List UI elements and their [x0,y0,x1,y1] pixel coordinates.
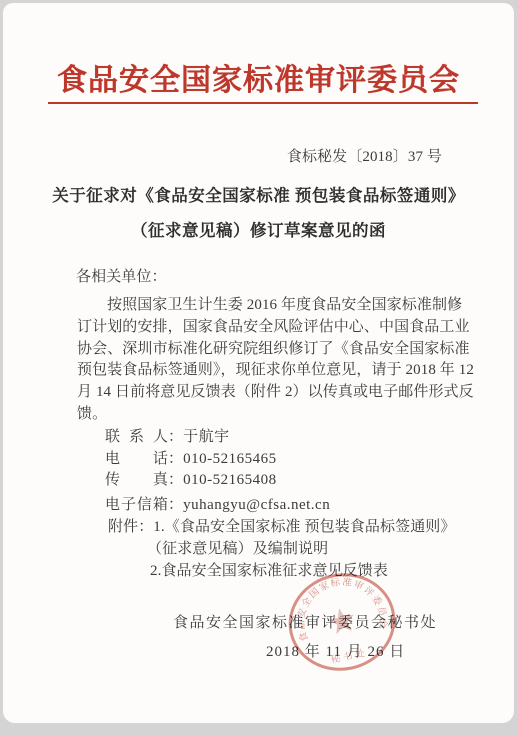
letterhead-rule [48,102,478,104]
scanned-letter-image: { "doc": { "letterhead": { "title": "食品安… [0,0,517,736]
subject-line-1: 关于征求对《食品安全国家标准 预包装食品标签通则》 [3,182,514,206]
contact-value: 010-52165408 [183,472,277,488]
body-line: 按照国家卫生计生委 2016 年度食品安全国家标准制修 [107,293,462,314]
contact-row-phone: 电话：010-52165465 [105,447,277,468]
contact-label: 传真 [105,468,168,489]
attachment-line-2: （征求意见稿）及编制说明 [147,537,328,558]
contact-row-person: 联系人：于航宇 [105,425,230,446]
contact-colon: ： [168,497,183,513]
seal-ring-text: 食品安全国家标准审评委员会 [286,567,391,649]
contact-value: yuhangyu@cfsa.net.cn [183,497,330,513]
seal-star-icon [326,606,357,636]
attachment-line-1: 附件：1.《食品安全国家标准 预包装食品标签通则》 [108,515,456,536]
letterhead-title: 食品安全国家标准审评委员会 [3,55,514,99]
salutation: 各相关单位： [76,265,167,286]
official-seal: 食品安全国家标准审评委员会 秘书处 [283,564,401,680]
body-line: 月 14 日前将意见反馈表（附件 2）以传真或电子邮件形式反 [77,380,474,401]
body-line: 馈。 [77,402,107,423]
contact-colon: ： [168,451,183,467]
contact-row-fax: 传真：010-52165408 [105,468,277,489]
contact-label: 联系人 [105,425,168,446]
body-line: 订计划的安排，国家食品安全风险评估中心、中国食品工业 [77,315,470,336]
contact-value: 010-52165465 [183,451,277,467]
document-number: 食标秘发〔2018〕37 号 [287,145,442,166]
contact-label: 电子信箱 [105,493,168,514]
body-line: 协会、深圳市标准化研究院组织修订了《食品安全国家标准 [77,337,470,358]
contact-label: 电话 [105,447,168,468]
body-line: 预包装食品标签通则》，现征求你单位意见，请于 2018 年 12 [77,358,474,379]
contact-colon: ： [168,429,183,445]
contact-colon: ： [168,472,183,488]
contact-value: 于航宇 [183,429,230,445]
subject-line-2: （征求意见稿）修订草案意见的函 [3,217,514,241]
document-page: 食品安全国家标准审评委员会 食标秘发〔2018〕37 号 关于征求对《食品安全国… [3,3,514,723]
contact-row-email: 电子信箱：yuhangyu@cfsa.net.cn [105,493,330,514]
